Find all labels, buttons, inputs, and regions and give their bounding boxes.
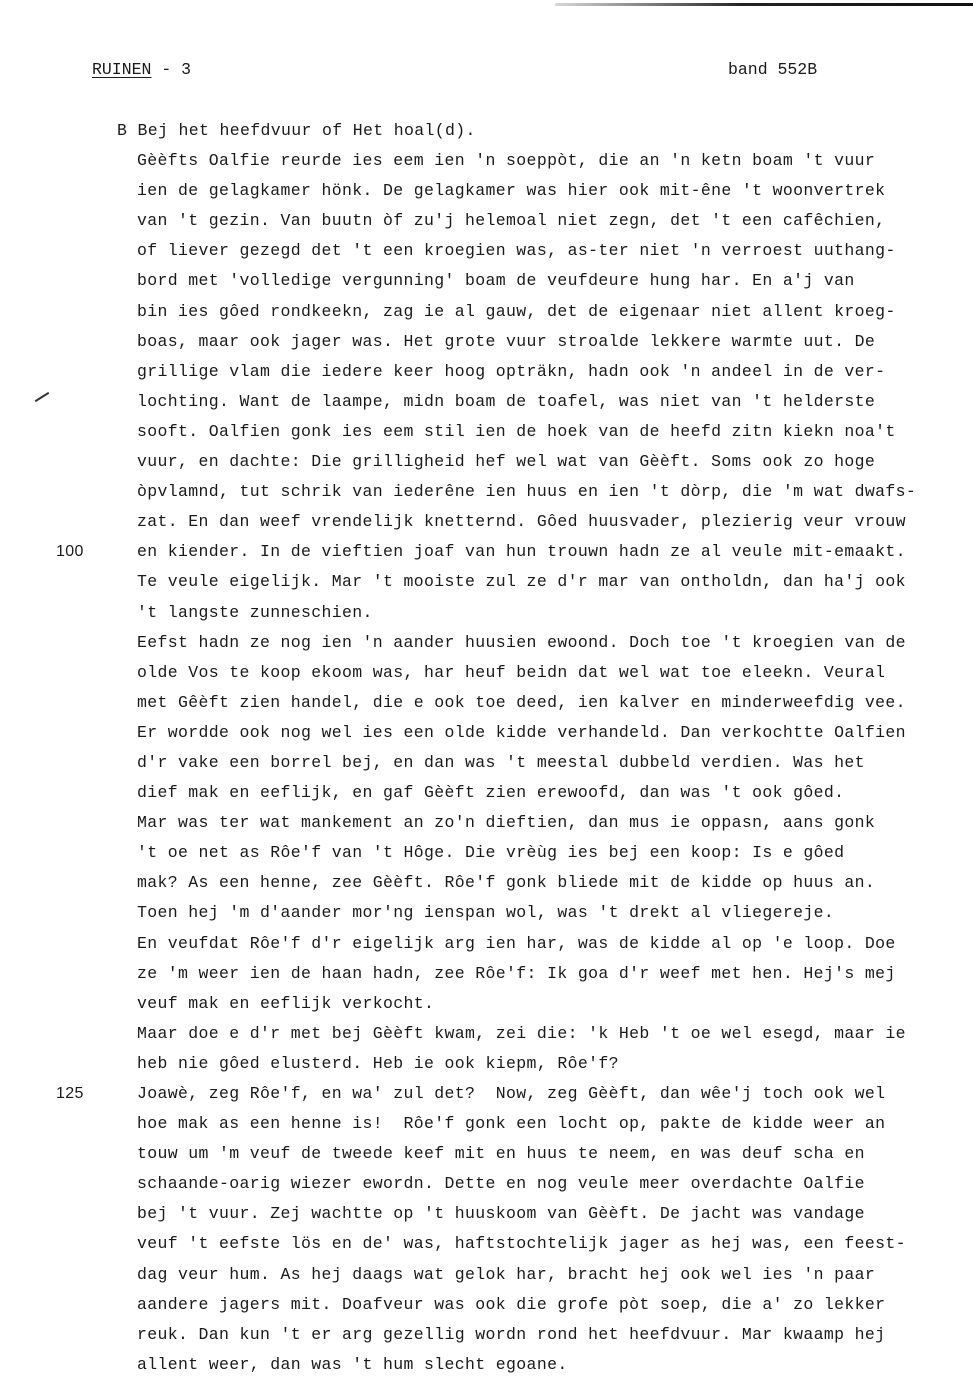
text-line: bin ies gôed rondkeekn, zag ie al gauw, … <box>0 297 973 327</box>
transcript-body: B Bej het heefdvuur of Het hoal(d).Gèèft… <box>0 116 973 1380</box>
text-line: bord met 'volledige vergunning' boam de … <box>0 266 973 296</box>
text-line: of liever gezegd det 't een kroegien was… <box>0 236 973 266</box>
text-line: veuf mak en eeflijk verkocht. <box>0 989 973 1019</box>
text-line: hoe mak as een henne is! Rôe'f gonk een … <box>0 1109 973 1139</box>
line-text: mak? As een henne, zee Gèèft. Rôe'f gonk… <box>137 868 875 898</box>
text-line: mak? As een henne, zee Gèèft. Rôe'f gonk… <box>0 868 973 898</box>
line-text: òpvlamnd, tut schrik van iederêne ien hu… <box>137 477 916 507</box>
text-line: veuf 't eefste lös en de' was, haftstoch… <box>0 1229 973 1259</box>
line-text: dief mak en eeflijk, en gaf Gèèft zien e… <box>137 778 844 808</box>
line-text: heb nie gôed elusterd. Heb ie ook kiepm,… <box>137 1049 619 1079</box>
line-text: dag veur hum. As hej daags wat gelok har… <box>137 1260 875 1290</box>
line-text: olde Vos te koop ekoom was, har heuf bei… <box>137 658 885 688</box>
text-line: zat. En dan weef vrendelijk knetternd. G… <box>0 507 973 537</box>
band-label: band 552B <box>728 60 817 79</box>
line-text: aandere jagers mit. Doafveur was ook die… <box>137 1290 885 1320</box>
line-text: Er wordde ook nog wel ies een olde kidde… <box>137 718 906 748</box>
text-line: Eefst hadn ze nog ien 'n aander huusien … <box>0 628 973 658</box>
text-line: ze 'm weer ien de haan hadn, zee Rôe'f: … <box>0 959 973 989</box>
line-text: en kiender. In de vieftien joaf van hun … <box>137 537 906 567</box>
line-text: veuf 't eefste lös en de' was, haftstoch… <box>137 1229 906 1259</box>
line-text: van 't gezin. Van buutn òf zu'j helemoal… <box>137 206 885 236</box>
text-line: Toen hej 'm d'aander mor'ng ienspan wol,… <box>0 898 973 928</box>
text-line: allent weer, dan was 't hum slecht egoan… <box>0 1350 973 1380</box>
text-line: heb nie gôed elusterd. Heb ie ook kiepm,… <box>0 1049 973 1079</box>
line-text: B Bej het heefdvuur of Het hoal(d). <box>117 116 476 146</box>
line-text: bej 't vuur. Zej wachtte op 't huuskoom … <box>137 1199 865 1229</box>
text-line: schaande-oarig wiezer ewordn. Dette en n… <box>0 1169 973 1199</box>
text-line: 't langste zunneschien. <box>0 598 973 628</box>
line-text: ien de gelagkamer hönk. De gelagkamer wa… <box>137 176 885 206</box>
text-line: 125Joawè, zeg Rôe'f, en wa' zul det? Now… <box>0 1079 973 1109</box>
line-text: 't oe net as Rôe'f van 't Hôge. Die vrèù… <box>137 838 844 868</box>
line-text: reuk. Dan kun 't er arg gezellig wordn r… <box>137 1320 885 1350</box>
text-line: olde Vos te koop ekoom was, har heuf bei… <box>0 658 973 688</box>
text-line: bej 't vuur. Zej wachtte op 't huuskoom … <box>0 1199 973 1229</box>
line-text: Te veule eigelijk. Mar 't mooiste zul ze… <box>137 567 906 597</box>
text-line: met Gêèft zien handel, die e ook toe dee… <box>0 688 973 718</box>
scan-edge-line <box>555 3 973 6</box>
line-text: met Gêèft zien handel, die e ook toe dee… <box>137 688 906 718</box>
line-text: En veufdat Rôe'f d'r eigelijk arg ien ha… <box>137 929 896 959</box>
text-line: aandere jagers mit. Doafveur was ook die… <box>0 1290 973 1320</box>
line-text: boas, maar ook jager was. Het grote vuur… <box>137 327 875 357</box>
text-line: 't oe net as Rôe'f van 't Hôge. Die vrèù… <box>0 838 973 868</box>
line-text: touw um 'm veuf de tweede keef mit en hu… <box>137 1139 865 1169</box>
text-line: 100en kiender. In de vieftien joaf van h… <box>0 537 973 567</box>
text-line: Er wordde ook nog wel ies een olde kidde… <box>0 718 973 748</box>
line-text: hoe mak as een henne is! Rôe'f gonk een … <box>137 1109 885 1139</box>
text-line: sooft. Oalfien gonk ies eem stil ien de … <box>0 417 973 447</box>
text-line: Te veule eigelijk. Mar 't mooiste zul ze… <box>0 567 973 597</box>
text-line: òpvlamnd, tut schrik van iederêne ien hu… <box>0 477 973 507</box>
text-line: grillige vlam die iedere keer hoog opträ… <box>0 357 973 387</box>
text-line: lochting. Want de laampe, midn boam de t… <box>0 387 973 417</box>
page-header: RUINEN - 3 band 552B <box>92 60 973 84</box>
text-line: B Bej het heefdvuur of Het hoal(d). <box>0 116 973 146</box>
line-text: vuur, en dachte: Die grilligheid hef wel… <box>137 447 875 477</box>
line-text: zat. En dan weef vrendelijk knetternd. G… <box>137 507 906 537</box>
line-text: bin ies gôed rondkeekn, zag ie al gauw, … <box>137 297 896 327</box>
line-text: Maar doe e d'r met bej Gèèft kwam, zei d… <box>137 1019 906 1049</box>
line-text: Eefst hadn ze nog ien 'n aander huusien … <box>137 628 906 658</box>
text-line: van 't gezin. Van buutn òf zu'j helemoal… <box>0 206 973 236</box>
line-text: d'r vake een borrel bej, en dan was 't m… <box>137 748 865 778</box>
text-line: touw um 'm veuf de tweede keef mit en hu… <box>0 1139 973 1169</box>
text-line: dag veur hum. As hej daags wat gelok har… <box>0 1260 973 1290</box>
page-title: RUINEN - 3 <box>92 60 191 79</box>
line-text: Mar was ter wat mankement an zo'n diefti… <box>137 808 875 838</box>
text-line: Maar doe e d'r met bej Gèèft kwam, zei d… <box>0 1019 973 1049</box>
text-line: ien de gelagkamer hönk. De gelagkamer wa… <box>0 176 973 206</box>
line-number: 125 <box>56 1079 84 1109</box>
line-text: grillige vlam die iedere keer hoog opträ… <box>137 357 885 387</box>
title-place: RUINEN <box>92 60 151 79</box>
line-text: veuf mak en eeflijk verkocht. <box>137 989 434 1019</box>
line-text: of liever gezegd det 't een kroegien was… <box>137 236 896 266</box>
line-text: 't langste zunneschien. <box>137 598 373 628</box>
line-text: bord met 'volledige vergunning' boam de … <box>137 266 855 296</box>
text-line: Gèèfts Oalfie reurde ies eem ien 'n soep… <box>0 146 973 176</box>
line-text: ze 'm weer ien de haan hadn, zee Rôe'f: … <box>137 959 896 989</box>
line-text: Toen hej 'm d'aander mor'ng ienspan wol,… <box>137 898 834 928</box>
title-page-number: - 3 <box>151 60 191 79</box>
text-line: reuk. Dan kun 't er arg gezellig wordn r… <box>0 1320 973 1350</box>
text-line: Mar was ter wat mankement an zo'n diefti… <box>0 808 973 838</box>
text-line: dief mak en eeflijk, en gaf Gèèft zien e… <box>0 778 973 808</box>
text-line: En veufdat Rôe'f d'r eigelijk arg ien ha… <box>0 929 973 959</box>
line-text: lochting. Want de laampe, midn boam de t… <box>137 387 875 417</box>
line-text: Gèèfts Oalfie reurde ies eem ien 'n soep… <box>137 146 875 176</box>
line-text: schaande-oarig wiezer ewordn. Dette en n… <box>137 1169 865 1199</box>
text-line: boas, maar ook jager was. Het grote vuur… <box>0 327 973 357</box>
text-line: vuur, en dachte: Die grilligheid hef wel… <box>0 447 973 477</box>
line-text: allent weer, dan was 't hum slecht egoan… <box>137 1350 568 1380</box>
line-text: sooft. Oalfien gonk ies eem stil ien de … <box>137 417 896 447</box>
line-number: 100 <box>56 537 84 567</box>
line-text: Joawè, zeg Rôe'f, en wa' zul det? Now, z… <box>137 1079 885 1109</box>
text-line: d'r vake een borrel bej, en dan was 't m… <box>0 748 973 778</box>
